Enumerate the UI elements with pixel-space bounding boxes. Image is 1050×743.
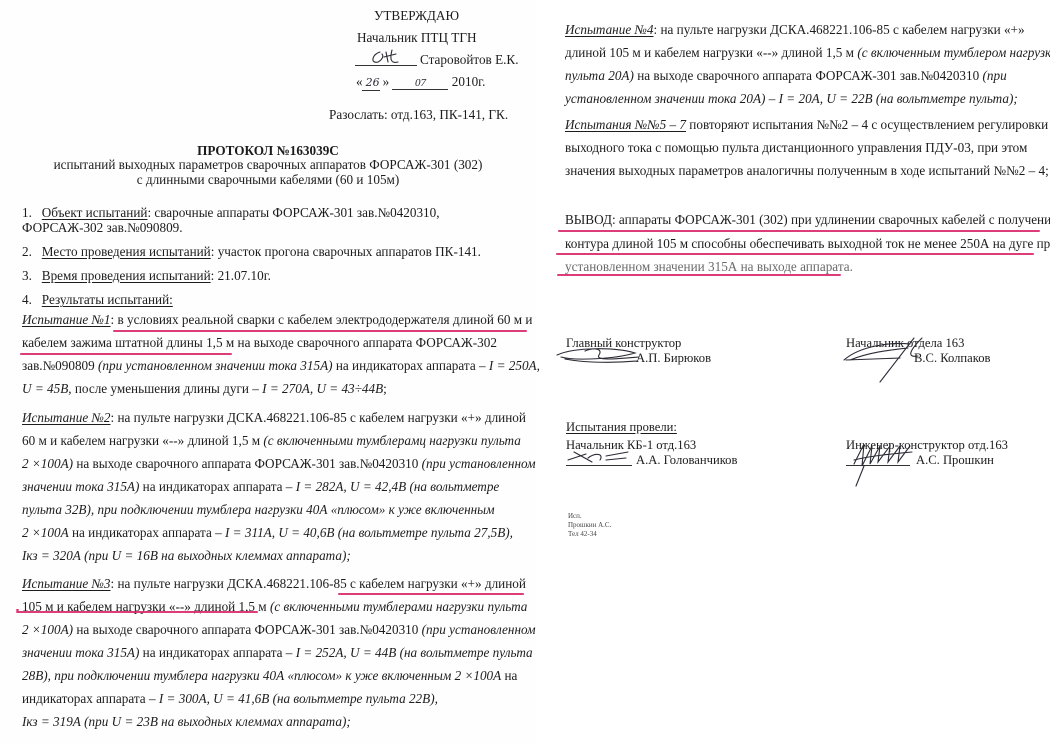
text-line: 28В), при подключении тумблера нагрузки …	[22, 668, 517, 684]
text-line: Испытание №1: в условиях реальной сварки…	[22, 312, 532, 328]
text-line: выходного тока с помощью пульта дистанци…	[565, 140, 1027, 156]
highlight-underline	[338, 593, 524, 595]
text-line: длиной 105 м и кабелем нагрузки «--» дли…	[565, 45, 1050, 61]
section-3: 3. Время проведения испытаний: 21.07.10г…	[22, 268, 271, 284]
text-line: установленном значении тока 20А) – I = 2…	[565, 91, 1018, 107]
text-line: 2 ×100А на индикаторах аппарата – I = 31…	[22, 525, 513, 541]
approval-name: Старовойтов Е.К.	[420, 52, 519, 68]
conclusion-line-1: ВЫВОД: аппараты ФОРСАЖ-301 (302) при удл…	[565, 212, 1050, 228]
highlight-underline	[557, 274, 841, 276]
highlight-underline	[556, 253, 1034, 255]
text-line: Испытание №4: на пульте нагрузки ДСКА.46…	[565, 22, 1025, 38]
section-1: 1. Объект испытаний: сварочные аппараты …	[22, 205, 440, 221]
kb-head-name: А.А. Голованчиков	[636, 453, 737, 468]
conclusion-line-2: контура длиной 105 м способны обеспечива…	[565, 236, 1050, 252]
distribution-list: Разослать: отд.163, ПК-141, ГК.	[329, 107, 508, 123]
text-line: 60 м и кабелем нагрузки «--» длиной 1,5 …	[22, 433, 521, 449]
section-4: 4. Результаты испытаний:	[22, 292, 173, 308]
engineer-name: А.С. Прошкин	[916, 453, 994, 468]
approval-month: 07	[392, 77, 448, 90]
text-line: пульта 20А) на выходе сварочного аппарат…	[565, 68, 1007, 84]
text-line: 2 ×100А) на выходе сварочного аппарата Ф…	[22, 622, 536, 638]
approval-date: «26» 07 2010г.	[356, 74, 485, 90]
highlight-underline	[20, 353, 232, 355]
text-line: U = 45В, после уменьшения длины дуги – I…	[22, 381, 387, 397]
text-line: пульта 32В), при подключении тумблера на…	[22, 502, 495, 518]
text-line: значении тока 315А) на индикаторах аппар…	[22, 479, 499, 495]
text-line: Iкз = 320А (при U = 16В на выходных клем…	[22, 548, 351, 564]
protocol-subtitle-1: испытаний выходных параметров сварочных …	[0, 157, 536, 173]
text-line: значении тока 315А) на индикаторах аппар…	[22, 645, 533, 661]
text-line: Испытание №3: на пульте нагрузки ДСКА.46…	[22, 576, 526, 592]
text-line: Iкз = 319А (при U = 23В на выходных клем…	[22, 714, 351, 730]
highlight-underline	[16, 611, 258, 613]
highlight-underline	[113, 330, 527, 332]
approval-position: Начальник ПТЦ ТГН	[357, 30, 476, 46]
approval-day: 26	[363, 76, 383, 89]
section-1-cont: ФОРСАЖ-302 зав.№090809.	[22, 220, 183, 236]
text-line: кабелем зажима штатной длины 1,5 м на вы…	[22, 335, 497, 351]
highlight-underline	[558, 230, 1040, 232]
protocol-subtitle-2: с длинными сварочными кабелями (60 и 105…	[0, 172, 536, 188]
conclusion-line-3: установленном значении 315А на выходе ап…	[565, 259, 853, 275]
approval-year: 2010г.	[452, 74, 486, 89]
text-line: значения выходных параметров аналогичны …	[565, 163, 1049, 179]
engineer-signature	[850, 440, 920, 488]
dept-head-name: В.С. Колпаков	[914, 351, 990, 366]
kb-head-signature	[566, 448, 632, 466]
text-line: Испытание №2: на пульте нагрузки ДСКА.46…	[22, 410, 526, 426]
approval-signature	[368, 48, 408, 68]
executor-note: Исп. Прошкин А.С. Тел 42-34	[568, 512, 611, 539]
document-page-right	[536, 0, 1050, 743]
approval-title: УТВЕРЖДАЮ	[374, 8, 459, 24]
text-line: 105 м и кабелем нагрузки «--» длиной 1,5…	[22, 599, 527, 615]
chief-designer-signature	[555, 345, 645, 367]
text-line: 2 ×100А) на выходе сварочного аппарата Ф…	[22, 456, 536, 472]
text-line: зав.№090809 (при установленном значении …	[22, 358, 540, 374]
section-2: 2. Место проведения испытаний: участок п…	[22, 244, 481, 260]
text-line: индикаторах аппарата – I = 300А, U = 41,…	[22, 691, 438, 707]
text-line: Испытания №№5 – 7 повторяют испытания №№…	[565, 117, 1048, 133]
chief-designer-name: А.П. Бирюков	[636, 351, 711, 366]
conducted-by-label: Испытания провели:	[566, 420, 677, 435]
signature-line	[362, 90, 380, 91]
